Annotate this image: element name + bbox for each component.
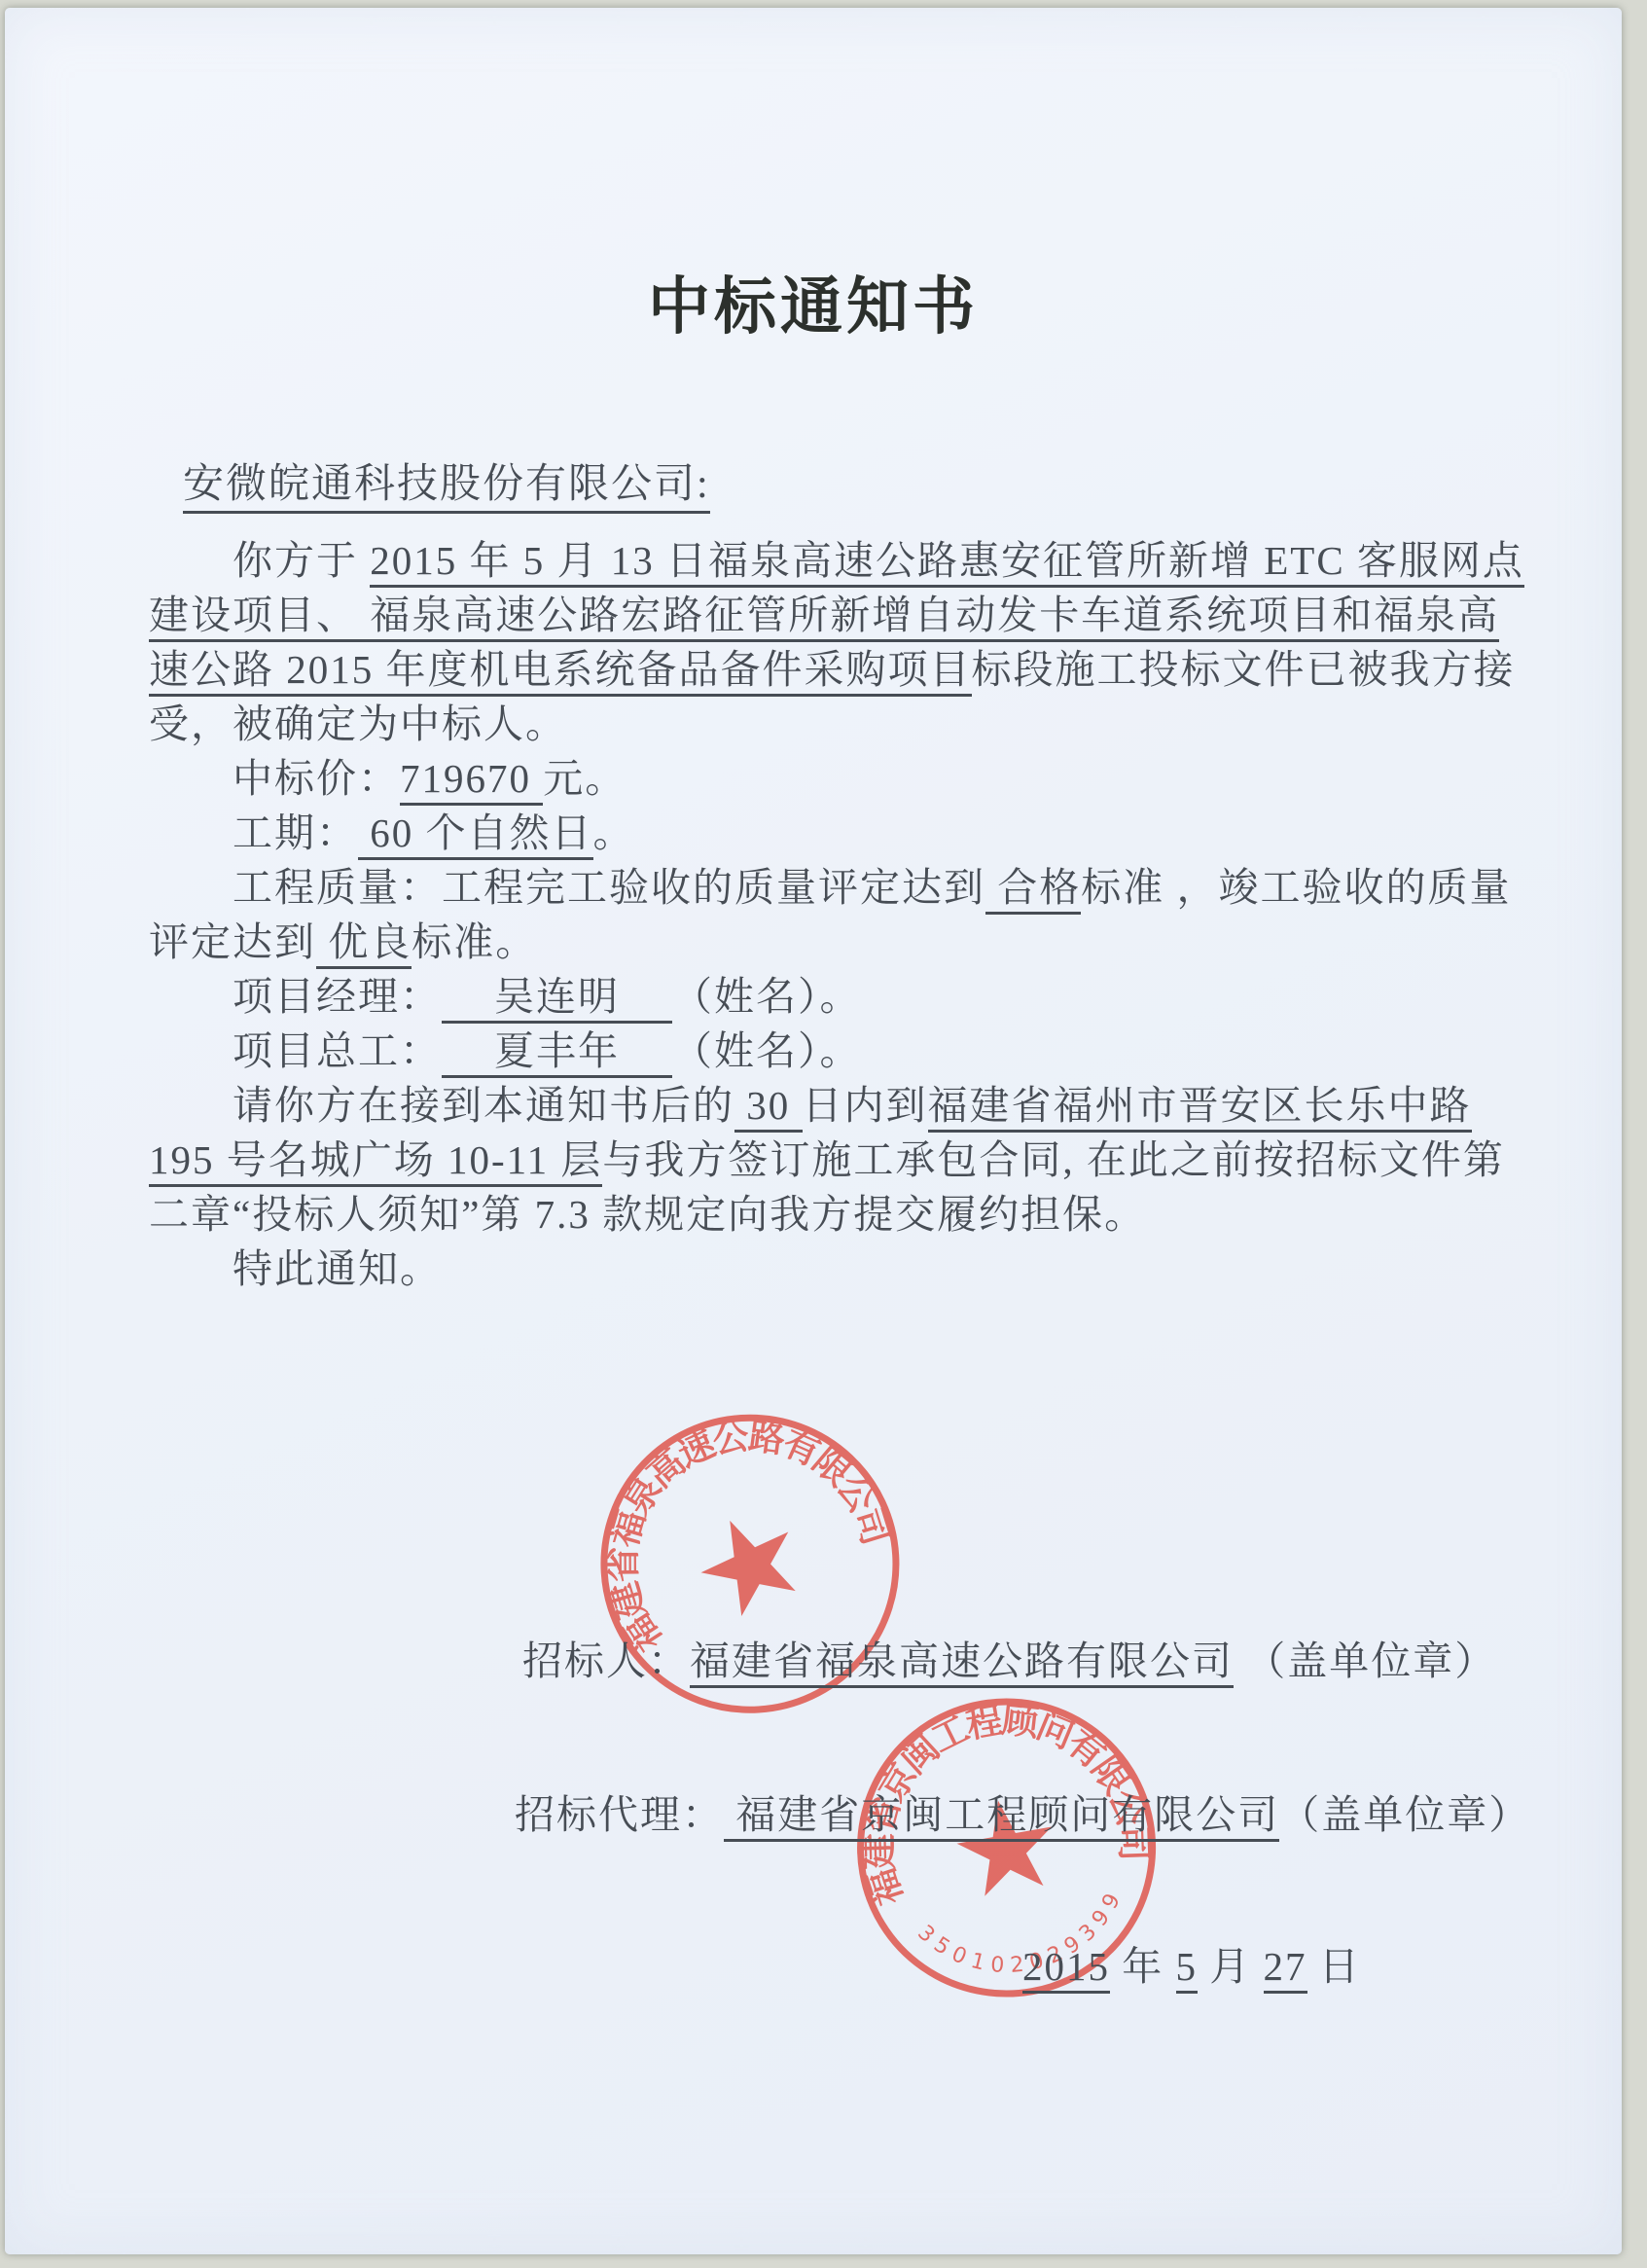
duration-value: 60 个自然日	[358, 810, 593, 860]
pm-name: 吴连明	[442, 974, 672, 1024]
duration-post: 。	[593, 810, 635, 855]
bidder-seal-company-text: 福建省福泉高速公路有限公司	[554, 1368, 900, 1661]
body-l4-text: 受，被确定为中标人。	[149, 702, 567, 746]
body-l2-underlined: 建设项目、 福泉高速公路宏路征管所新增自动发卡车道系统项目和福泉高	[149, 593, 1499, 642]
star-icon	[686, 1500, 811, 1624]
date-month: 5	[1176, 1944, 1199, 1994]
date-year-unit: 年	[1110, 1944, 1176, 1989]
notice-days: 30	[734, 1083, 803, 1133]
duration-line: 工期： 60 个自然日。	[149, 806, 1433, 860]
notice-address-2: 195 号名城广场 10-11 层	[149, 1137, 602, 1187]
quality-grade-2: 优良	[316, 919, 412, 969]
document-page: 中标通知书 安微皖通科技股份有限公司: 你方于 2015 年 5 月 13 日福…	[5, 8, 1622, 2254]
notice-mid: 日内到	[803, 1083, 928, 1128]
agent-company-name: 福建省京闽工程顾问有限公司	[724, 1792, 1279, 1842]
date-year: 2015	[1022, 1944, 1110, 1994]
chief-engineer-line: 项目总工：夏丰年（姓名）。	[149, 1024, 1433, 1078]
bidder-label: 招标人：	[522, 1638, 690, 1683]
body-line-3: 速公路 2015 年度机电系统备品备件采购项目标段施工投标文件已被我方接	[149, 642, 1433, 697]
price-value: 719670	[400, 756, 543, 806]
bidder-signature-line: 招标人：福建省福泉高速公路有限公司 （盖单位章）	[522, 1629, 1496, 1686]
notice-l3-text: 二章“投标人须知”第 7.3 款规定向我方提交履约担保。	[149, 1192, 1146, 1237]
body-l1-underlined: 2015 年 5 月 13 日福泉高速公路惠安征管所新增 ETC 客服网点	[370, 538, 1524, 588]
notice-line-2: 195 号名城广场 10-11 层与我方签订施工承包合同, 在此之前按招标文件第	[149, 1133, 1433, 1187]
project-manager-line: 项目经理：吴连明（姓名）。	[149, 969, 1433, 1024]
price-line: 中标价：719670 元。	[149, 751, 1433, 806]
date-day: 27	[1264, 1944, 1307, 1994]
addressee-line: 安微皖通科技股份有限公司:	[183, 451, 710, 510]
body-line-2: 建设项目、 福泉高速公路宏路征管所新增自动发卡车道系统项目和福泉高	[149, 588, 1433, 642]
notice-address-1: 福建省福州市晋安区长乐中路	[928, 1083, 1472, 1133]
body-line-4: 受，被确定为中标人。	[149, 697, 1433, 751]
quality-l2-post: 标准。	[412, 919, 537, 964]
price-label: 中标价：	[233, 756, 400, 801]
agent-suffix: （盖单位章）	[1279, 1792, 1530, 1837]
quality-line-2: 评定达到 优良标准。	[149, 915, 1433, 969]
quality-mid: 标准 ，竣工验收的质量	[1081, 865, 1511, 910]
closing-text: 特此通知。	[233, 1246, 442, 1291]
body-line-1: 你方于 2015 年 5 月 13 日福泉高速公路惠安征管所新增 ETC 客服网…	[149, 533, 1433, 588]
quality-l2-pre: 评定达到	[149, 919, 316, 964]
document-content: 中标通知书 安微皖通科技股份有限公司: 你方于 2015 年 5 月 13 日福…	[5, 8, 1622, 2254]
quality-grade-1: 合格	[985, 865, 1081, 915]
notice-line-3: 二章“投标人须知”第 7.3 款规定向我方提交履约担保。	[149, 1187, 1433, 1242]
closing-line: 特此通知。	[149, 1242, 1433, 1296]
notice-pre: 请你方在接到本通知书后的	[233, 1083, 734, 1128]
document-title: 中标通知书	[5, 257, 1622, 346]
pm-label: 项目经理：	[233, 974, 442, 1019]
addressee-company: 安微皖通科技股份有限公司:	[183, 462, 710, 514]
body-l1-pre: 你方于	[233, 538, 370, 583]
agent-label: 招标代理：	[515, 1792, 724, 1837]
body-l3-post: 标段施工投标文件已被我方接	[972, 647, 1516, 692]
ce-label: 项目总工：	[233, 1028, 442, 1073]
ce-name: 夏丰年	[442, 1028, 672, 1078]
scanner-background: 中标通知书 安微皖通科技股份有限公司: 你方于 2015 年 5 月 13 日福…	[0, 0, 1647, 2268]
notice-line-1: 请你方在接到本通知书后的 30 日内到福建省福州市晋安区长乐中路	[149, 1078, 1433, 1133]
date-day-unit: 日	[1307, 1944, 1361, 1989]
document-body: 你方于 2015 年 5 月 13 日福泉高速公路惠安征管所新增 ETC 客服网…	[149, 533, 1433, 1296]
bidder-suffix: （盖单位章）	[1234, 1638, 1496, 1683]
date-line: 2015 年 5 月 27 日	[1022, 1934, 1361, 1992]
bidder-company-name: 福建省福泉高速公路有限公司	[690, 1638, 1234, 1688]
notice-post-2: 与我方签订施工承包合同, 在此之前按招标文件第	[602, 1137, 1505, 1182]
duration-label: 工期：	[233, 810, 358, 855]
agent-signature-line: 招标代理： 福建省京闽工程顾问有限公司（盖单位章）	[515, 1782, 1530, 1840]
date-month-unit: 月	[1198, 1944, 1264, 1989]
ce-post: （姓名）。	[672, 1028, 862, 1073]
quality-pre: 工程质量：工程完工验收的质量评定达到	[233, 865, 985, 910]
body-l3-underlined: 速公路 2015 年度机电系统备品备件采购项目	[149, 647, 972, 697]
pm-post: （姓名）。	[672, 974, 862, 1019]
quality-line-1: 工程质量：工程完工验收的质量评定达到 合格标准 ，竣工验收的质量	[149, 860, 1433, 915]
price-unit: 元。	[543, 756, 627, 801]
svg-text:福建省福泉高速公路有限公司: 福建省福泉高速公路有限公司	[554, 1368, 900, 1661]
